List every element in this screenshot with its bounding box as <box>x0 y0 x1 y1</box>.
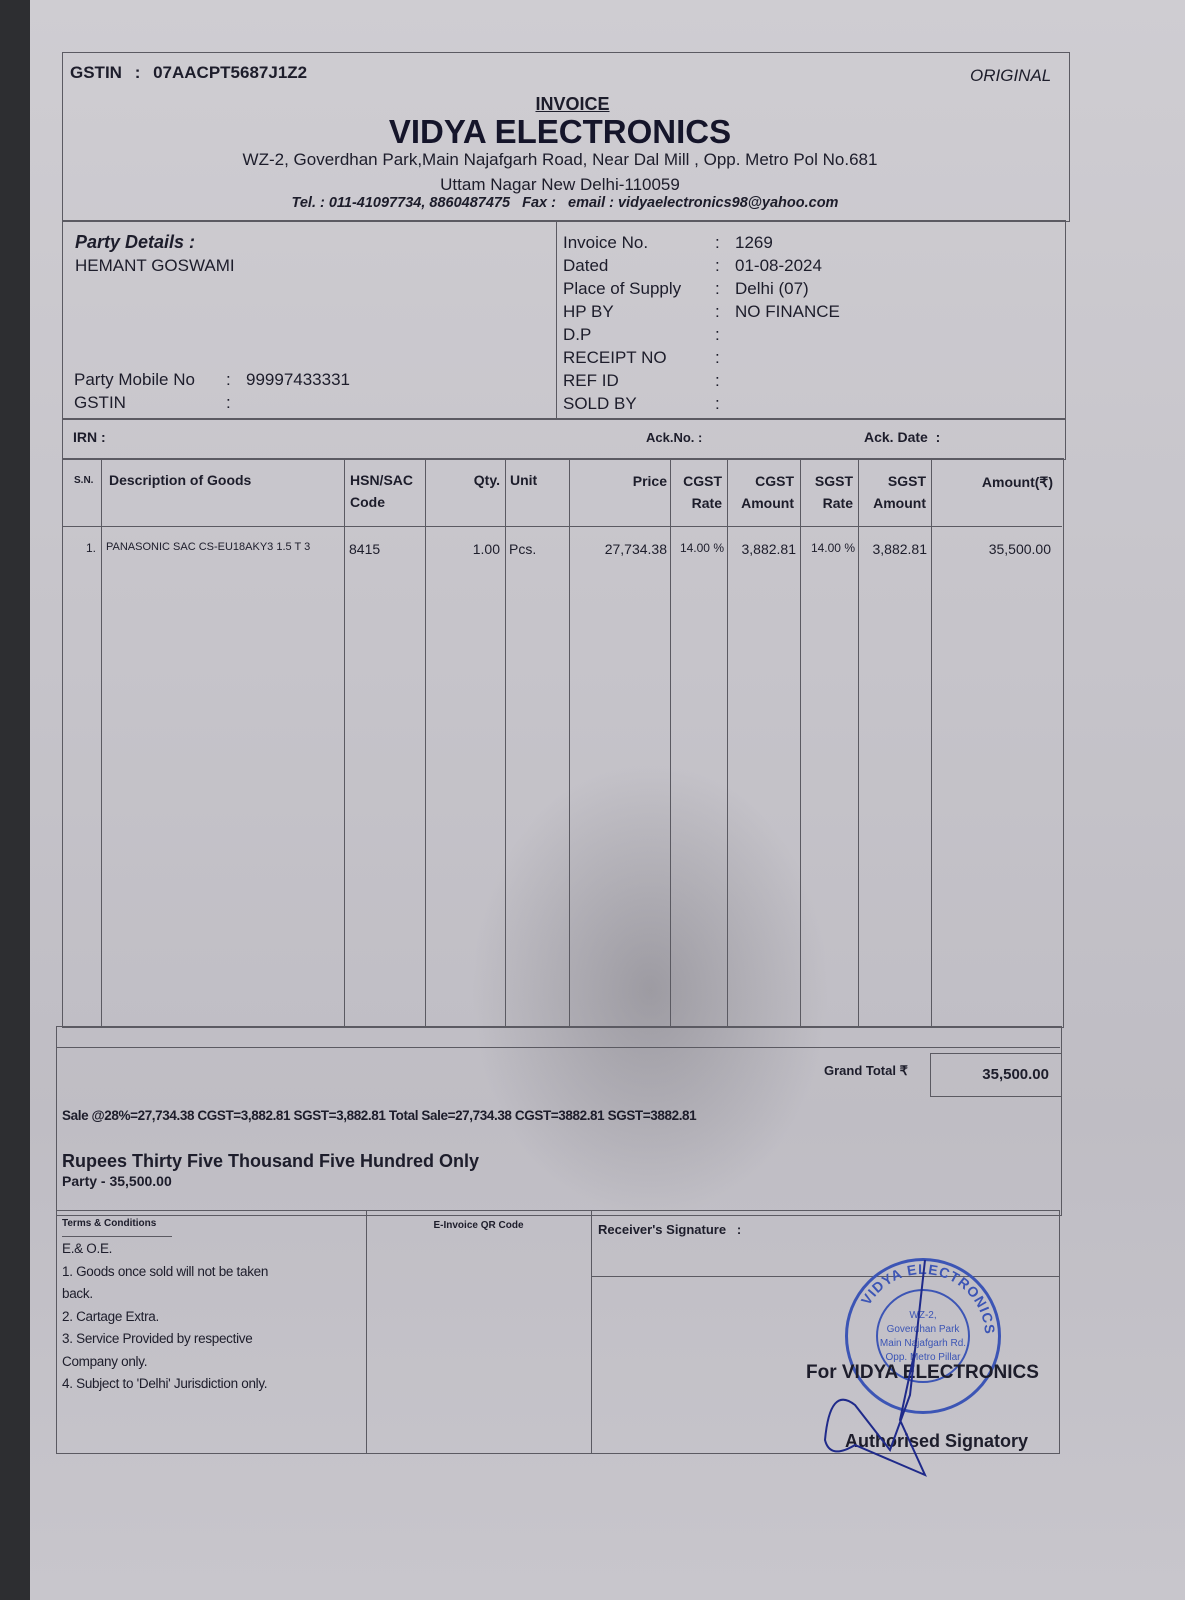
signature-scribble-icon <box>815 1255 955 1485</box>
irn-label: IRN : <box>73 429 106 445</box>
col-header-hsn: HSN/SAC Code <box>350 469 413 513</box>
company-contact: Tel. : 011-41097734, 8860487475 Fax : em… <box>0 195 1130 211</box>
column-divider <box>800 459 801 1026</box>
terms-heading: Terms & Conditions <box>62 1218 156 1229</box>
col-header-amount: Amount(₹) <box>935 471 1053 493</box>
column-divider <box>931 459 932 1026</box>
party-name: HEMANT GOSWAMI <box>75 256 235 276</box>
invoice-meta-sep: : <box>715 394 735 414</box>
col-header-unit: Unit <box>510 469 537 491</box>
qr-heading: E-Invoice QR Code <box>366 1220 591 1231</box>
receiver-signature-label: Receiver's Signature : <box>598 1222 741 1237</box>
invoice-meta-value: Delhi (07) <box>735 279 809 299</box>
invoice-meta-value: 01-08-2024 <box>735 256 822 276</box>
copy-type: ORIGINAL <box>970 66 1051 86</box>
party-mobile: Party Mobile No : 99997433331 <box>74 370 350 390</box>
terms-item: back. <box>62 1283 268 1306</box>
col-header-sgst-rate: SGST Rate <box>804 470 853 514</box>
cell-cgst-rate: 14.00 % <box>672 541 724 555</box>
col-header-hsn-line1: HSN/SAC <box>350 469 413 491</box>
col-header-cgst-rate: CGST Rate <box>672 470 722 514</box>
col-header-sn: S.N. <box>74 470 93 492</box>
col-header-cgst-amount: CGST Amount <box>730 470 794 514</box>
cell-amount: 35,500.00 <box>935 541 1051 557</box>
company-name: VIDYA ELECTRONICS <box>0 113 1120 151</box>
invoice-meta-label: Invoice No. <box>563 233 715 253</box>
ack-no-label: Ack.No. : <box>646 430 702 445</box>
column-divider <box>425 459 426 1026</box>
column-divider <box>101 459 102 1026</box>
tax-summary: Sale @28%=27,734.38 CGST=3,882.81 SGST=3… <box>62 1108 696 1123</box>
party-gstin-label: GSTIN <box>74 393 226 413</box>
document-title: INVOICE <box>0 94 1145 115</box>
party-mobile-label: Party Mobile No <box>74 370 226 390</box>
invoice-meta-row: SOLD BY: <box>563 394 735 414</box>
column-divider <box>670 459 671 1026</box>
column-divider <box>727 459 728 1026</box>
invoice-meta-row: D.P: <box>563 325 735 345</box>
terms-item: 3. Service Provided by respective <box>62 1328 268 1351</box>
terms-item: 2. Cartage Extra. <box>62 1306 268 1329</box>
grand-total-value: 35,500.00 <box>935 1066 1049 1083</box>
party-gstin-sep: : <box>226 393 246 413</box>
invoice-meta-label: D.P <box>563 325 715 345</box>
cell-price: 27,734.38 <box>574 541 667 557</box>
background-edge <box>0 0 30 1600</box>
invoice-meta-value: NO FINANCE <box>735 302 840 322</box>
divider <box>556 221 557 418</box>
column-divider <box>569 459 570 1026</box>
col-header-cgst-amount-line1: CGST <box>730 470 794 492</box>
invoice-meta-sep: : <box>715 348 735 368</box>
column-divider <box>505 459 506 1026</box>
party-mobile-sep: : <box>226 370 246 390</box>
column-divider <box>858 459 859 1026</box>
amount-in-words: Rupees Thirty Five Thousand Five Hundred… <box>62 1151 479 1172</box>
totals-divider <box>56 1047 1060 1048</box>
invoice-meta-row: Place of Supply:Delhi (07) <box>563 279 809 299</box>
divider <box>591 1211 592 1453</box>
party-mobile-value: 99997433331 <box>246 370 350 390</box>
cell-hsn: 8415 <box>349 541 419 557</box>
col-header-cgst-rate-line2: Rate <box>672 492 722 514</box>
col-header-sgst-rate-line1: SGST <box>804 470 853 492</box>
terms-item: E.& O.E. <box>62 1238 268 1261</box>
terms-item: 1. Goods once sold will not be taken <box>62 1261 268 1284</box>
terms-list: E.& O.E.1. Goods once sold will not be t… <box>62 1238 268 1396</box>
invoice-meta-sep: : <box>715 325 735 345</box>
col-header-sgst-rate-line2: Rate <box>804 492 853 514</box>
seller-gstin: GSTIN : 07AACPT5687J1Z2 <box>70 63 307 83</box>
cell-desc: PANASONIC SAC CS-EU18AKY3 1.5 T 3 <box>106 541 341 553</box>
party-heading: Party Details : <box>75 232 195 253</box>
terms-item: 4. Subject to 'Delhi' Jurisdiction only. <box>62 1373 268 1396</box>
invoice-meta-sep: : <box>715 233 735 253</box>
invoice-meta-row: Invoice No.:1269 <box>563 233 773 253</box>
invoice-meta-label: SOLD BY <box>563 394 715 414</box>
invoice-meta-label: Place of Supply <box>563 279 715 299</box>
invoice-meta-sep: : <box>715 256 735 276</box>
terms-heading-underline <box>62 1236 172 1237</box>
invoice-meta-label: Dated <box>563 256 715 276</box>
invoice-meta-label: HP BY <box>563 302 715 322</box>
col-header-sgst-amount-line2: Amount <box>862 492 926 514</box>
invoice-meta-sep: : <box>715 302 735 322</box>
company-address-line2: Uttam Nagar New Delhi-110059 <box>0 175 1120 195</box>
column-divider <box>344 459 345 1026</box>
invoice-meta-row: RECEIPT NO: <box>563 348 735 368</box>
col-header-hsn-line2: Code <box>350 491 413 513</box>
cell-sgst-rate: 14.00 % <box>803 541 855 555</box>
col-header-sgst-amount: SGST Amount <box>862 470 926 514</box>
cell-unit: Pcs. <box>509 541 564 557</box>
invoice-meta-label: REF ID <box>563 371 715 391</box>
col-header-qty: Qty. <box>430 469 500 491</box>
seller-gstin-label: GSTIN <box>70 63 122 82</box>
invoice-meta-sep: : <box>715 279 735 299</box>
invoice-meta-label: RECEIPT NO <box>563 348 715 368</box>
col-header-cgst-rate-line1: CGST <box>672 470 722 492</box>
terms-item: Company only. <box>62 1351 268 1374</box>
invoice-meta-sep: : <box>715 371 735 391</box>
cell-cgst-amount: 3,882.81 <box>730 541 796 557</box>
seller-gstin-sep: : <box>135 63 141 82</box>
invoice-meta-row: HP BY:NO FINANCE <box>563 302 840 322</box>
table-header-divider <box>62 526 1062 527</box>
ack-date-label: Ack. Date : <box>864 429 940 445</box>
cell-sgst-amount: 3,882.81 <box>861 541 927 557</box>
col-header-price: Price <box>575 470 667 492</box>
col-header-description: Description of Goods <box>109 469 251 491</box>
grand-total-label: Grand Total ₹ <box>824 1063 908 1079</box>
seller-gstin-value: 07AACPT5687J1Z2 <box>153 63 307 82</box>
cell-sn: 1. <box>78 541 96 555</box>
col-header-cgst-amount-line2: Amount <box>730 492 794 514</box>
col-header-sgst-amount-line1: SGST <box>862 470 926 492</box>
cell-qty: 1.00 <box>430 541 500 557</box>
invoice-meta-value: 1269 <box>735 233 773 253</box>
party-balance: Party - 35,500.00 <box>62 1173 172 1189</box>
company-address-line1: WZ-2, Goverdhan Park,Main Najafgarh Road… <box>0 150 1120 170</box>
invoice-meta-row: Dated:01-08-2024 <box>563 256 822 276</box>
divider <box>366 1211 367 1453</box>
invoice-meta-row: REF ID: <box>563 371 735 391</box>
party-gstin: GSTIN : <box>74 393 246 413</box>
